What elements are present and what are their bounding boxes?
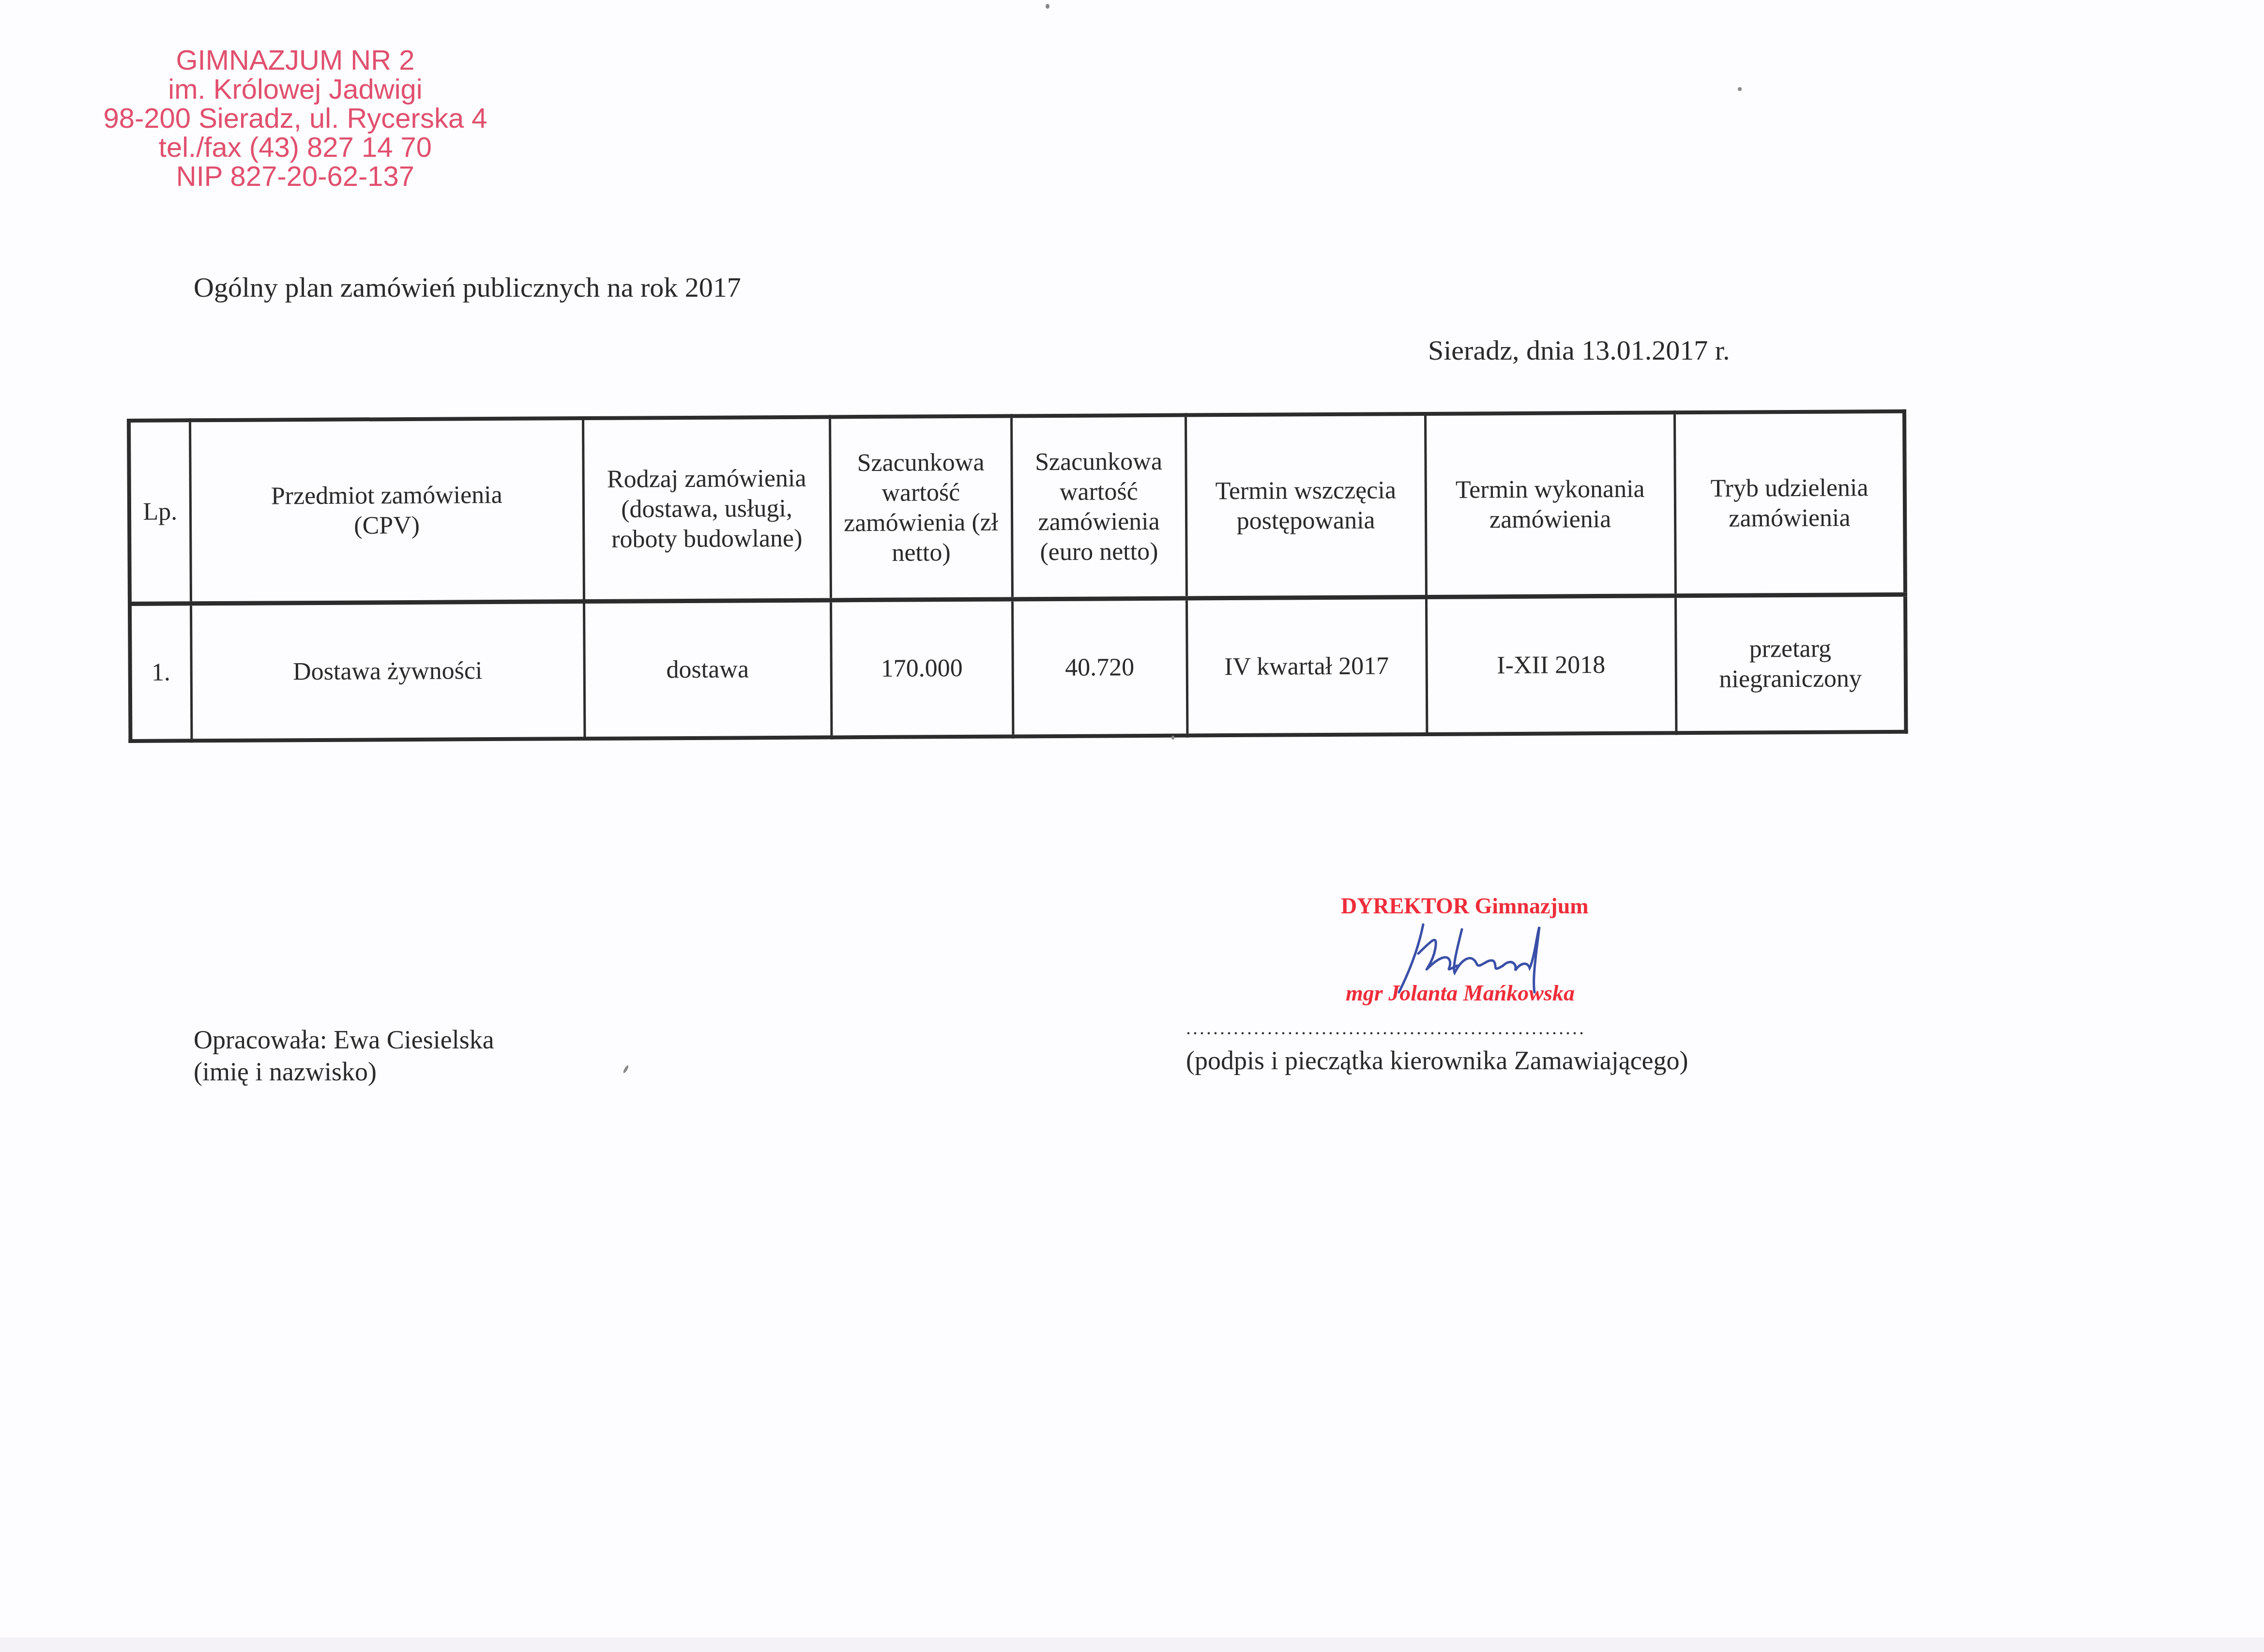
school-stamp: GIMNAZJUM NR 2 im. Królowej Jadwigi 98-2… [97,46,494,191]
scan-speck [1171,736,1174,740]
cell-completion: I-XII 2018 [1426,596,1676,734]
prepared-by-line: Opracowała: Ewa Ciesielska [194,1024,494,1056]
stamp-line: NIP 827-20-62-137 [97,162,494,191]
cell-value-pln: 170.000 [831,599,1013,737]
header-lp: Lp. [129,420,191,604]
scan-speck [1738,87,1742,91]
director-stamp-title: DYREKTOR Gimnazjum [1341,893,1589,919]
header-value-eur: Szacunkowa wartość zamówienia (euro nett… [1011,415,1186,599]
cell-value-eur: 40.720 [1012,598,1187,736]
signature-caption: (podpis i pieczątka kierownika Zamawiają… [1186,1046,1688,1076]
stamp-line: 98-200 Sieradz, ul. Rycerska 4 [97,104,494,133]
header-type: Rodzaj zamówienia (dostawa, usługi, robo… [583,417,831,601]
header-mode: Tryb udzielenia zamówienia [1674,411,1905,596]
director-stamp-name: mgr Jolanta Mańkowska [1346,980,1575,1006]
document-date: Sieradz, dnia 13.01.2017 r. [1428,334,1730,366]
prepared-by: Opracowała: Ewa Ciesielska (imię i nazwi… [194,1024,494,1088]
table-header-row: Lp. Przedmiot zamówienia (CPV) Rodzaj za… [129,411,1905,604]
document-title: Ogólny plan zamówień publicznych na rok … [194,271,741,303]
header-completion: Termin wykonania zamówienia [1425,412,1675,597]
prepared-by-caption: (imię i nazwisko) [194,1056,494,1088]
cell-type: dostawa [584,600,831,739]
header-subject: Przedmiot zamówienia (CPV) [190,418,584,604]
cell-subject: Dostawa żywności [191,602,584,741]
stamp-line: GIMNAZJUM NR 2 [97,46,494,75]
header-value-pln: Szacunkowa wartość zamówienia (zł netto) [830,416,1012,600]
procurement-plan-table: Lp. Przedmiot zamówienia (CPV) Rodzaj za… [127,409,1908,743]
scan-speck [1046,4,1049,9]
cell-mode: przetarg niegraniczony [1675,594,1906,733]
scan-edge [0,1637,2264,1652]
header-start: Termin wszczęcia postępowania [1185,414,1426,598]
stamp-line: tel./fax (43) 827 14 70 [97,133,494,162]
table-row: 1. Dostawa żywności dostawa 170.000 40.7… [130,594,1906,741]
cell-lp: 1. [130,604,191,741]
cell-start: IV kwartał 2017 [1186,597,1427,735]
stamp-line: im. Królowej Jadwigi [97,75,494,104]
scan-speck [623,1065,629,1074]
signature-dotted-line: ........................................… [1186,1016,1586,1039]
